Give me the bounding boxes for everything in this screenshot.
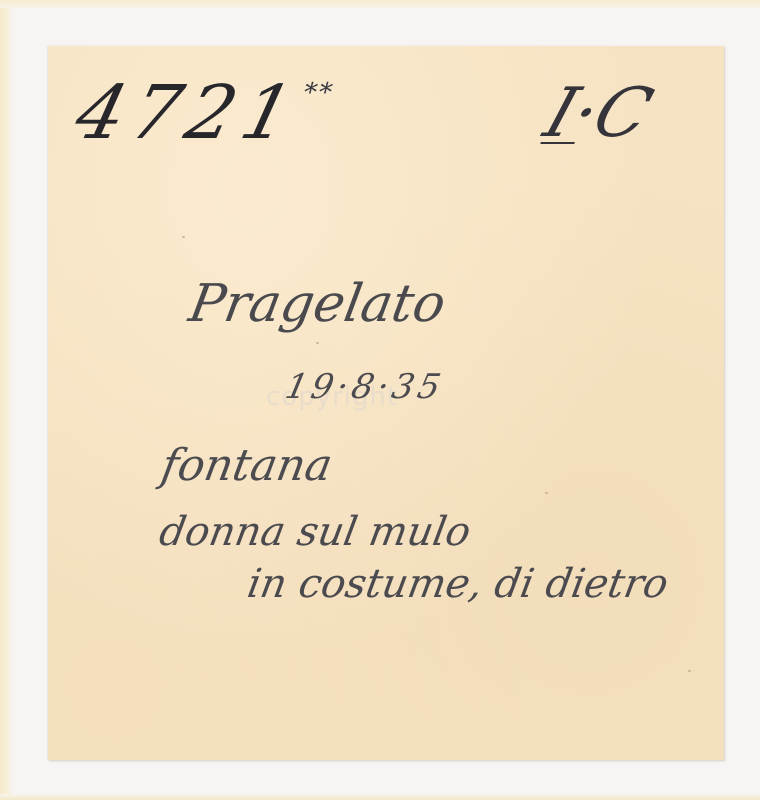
- collection-code: I·C: [537, 80, 660, 148]
- place-name: Pragelato: [185, 278, 449, 330]
- paper-speck: [545, 492, 548, 494]
- catalog-number: 4721**: [69, 76, 338, 150]
- mount-edge-left: [0, 0, 12, 800]
- description-line-2: in costume, di dietro: [244, 564, 671, 604]
- subject-title: fontana: [158, 444, 335, 488]
- photo-date: 19·8·35: [282, 370, 447, 404]
- paper-speck: [316, 342, 319, 344]
- description-line-1: donna sul mulo: [156, 512, 473, 552]
- index-card: 4721** I·C Pragelato copyright 19·8·35 f…: [48, 46, 724, 760]
- paper-speck: [182, 236, 185, 238]
- collection-code-underline: [540, 142, 575, 144]
- paper-speck: [688, 670, 691, 672]
- catalog-number-value: 4721: [67, 70, 309, 156]
- mount-edge-bottom: [0, 794, 760, 800]
- mount-edge-top: [0, 0, 760, 8]
- catalog-star-marks: **: [300, 78, 337, 108]
